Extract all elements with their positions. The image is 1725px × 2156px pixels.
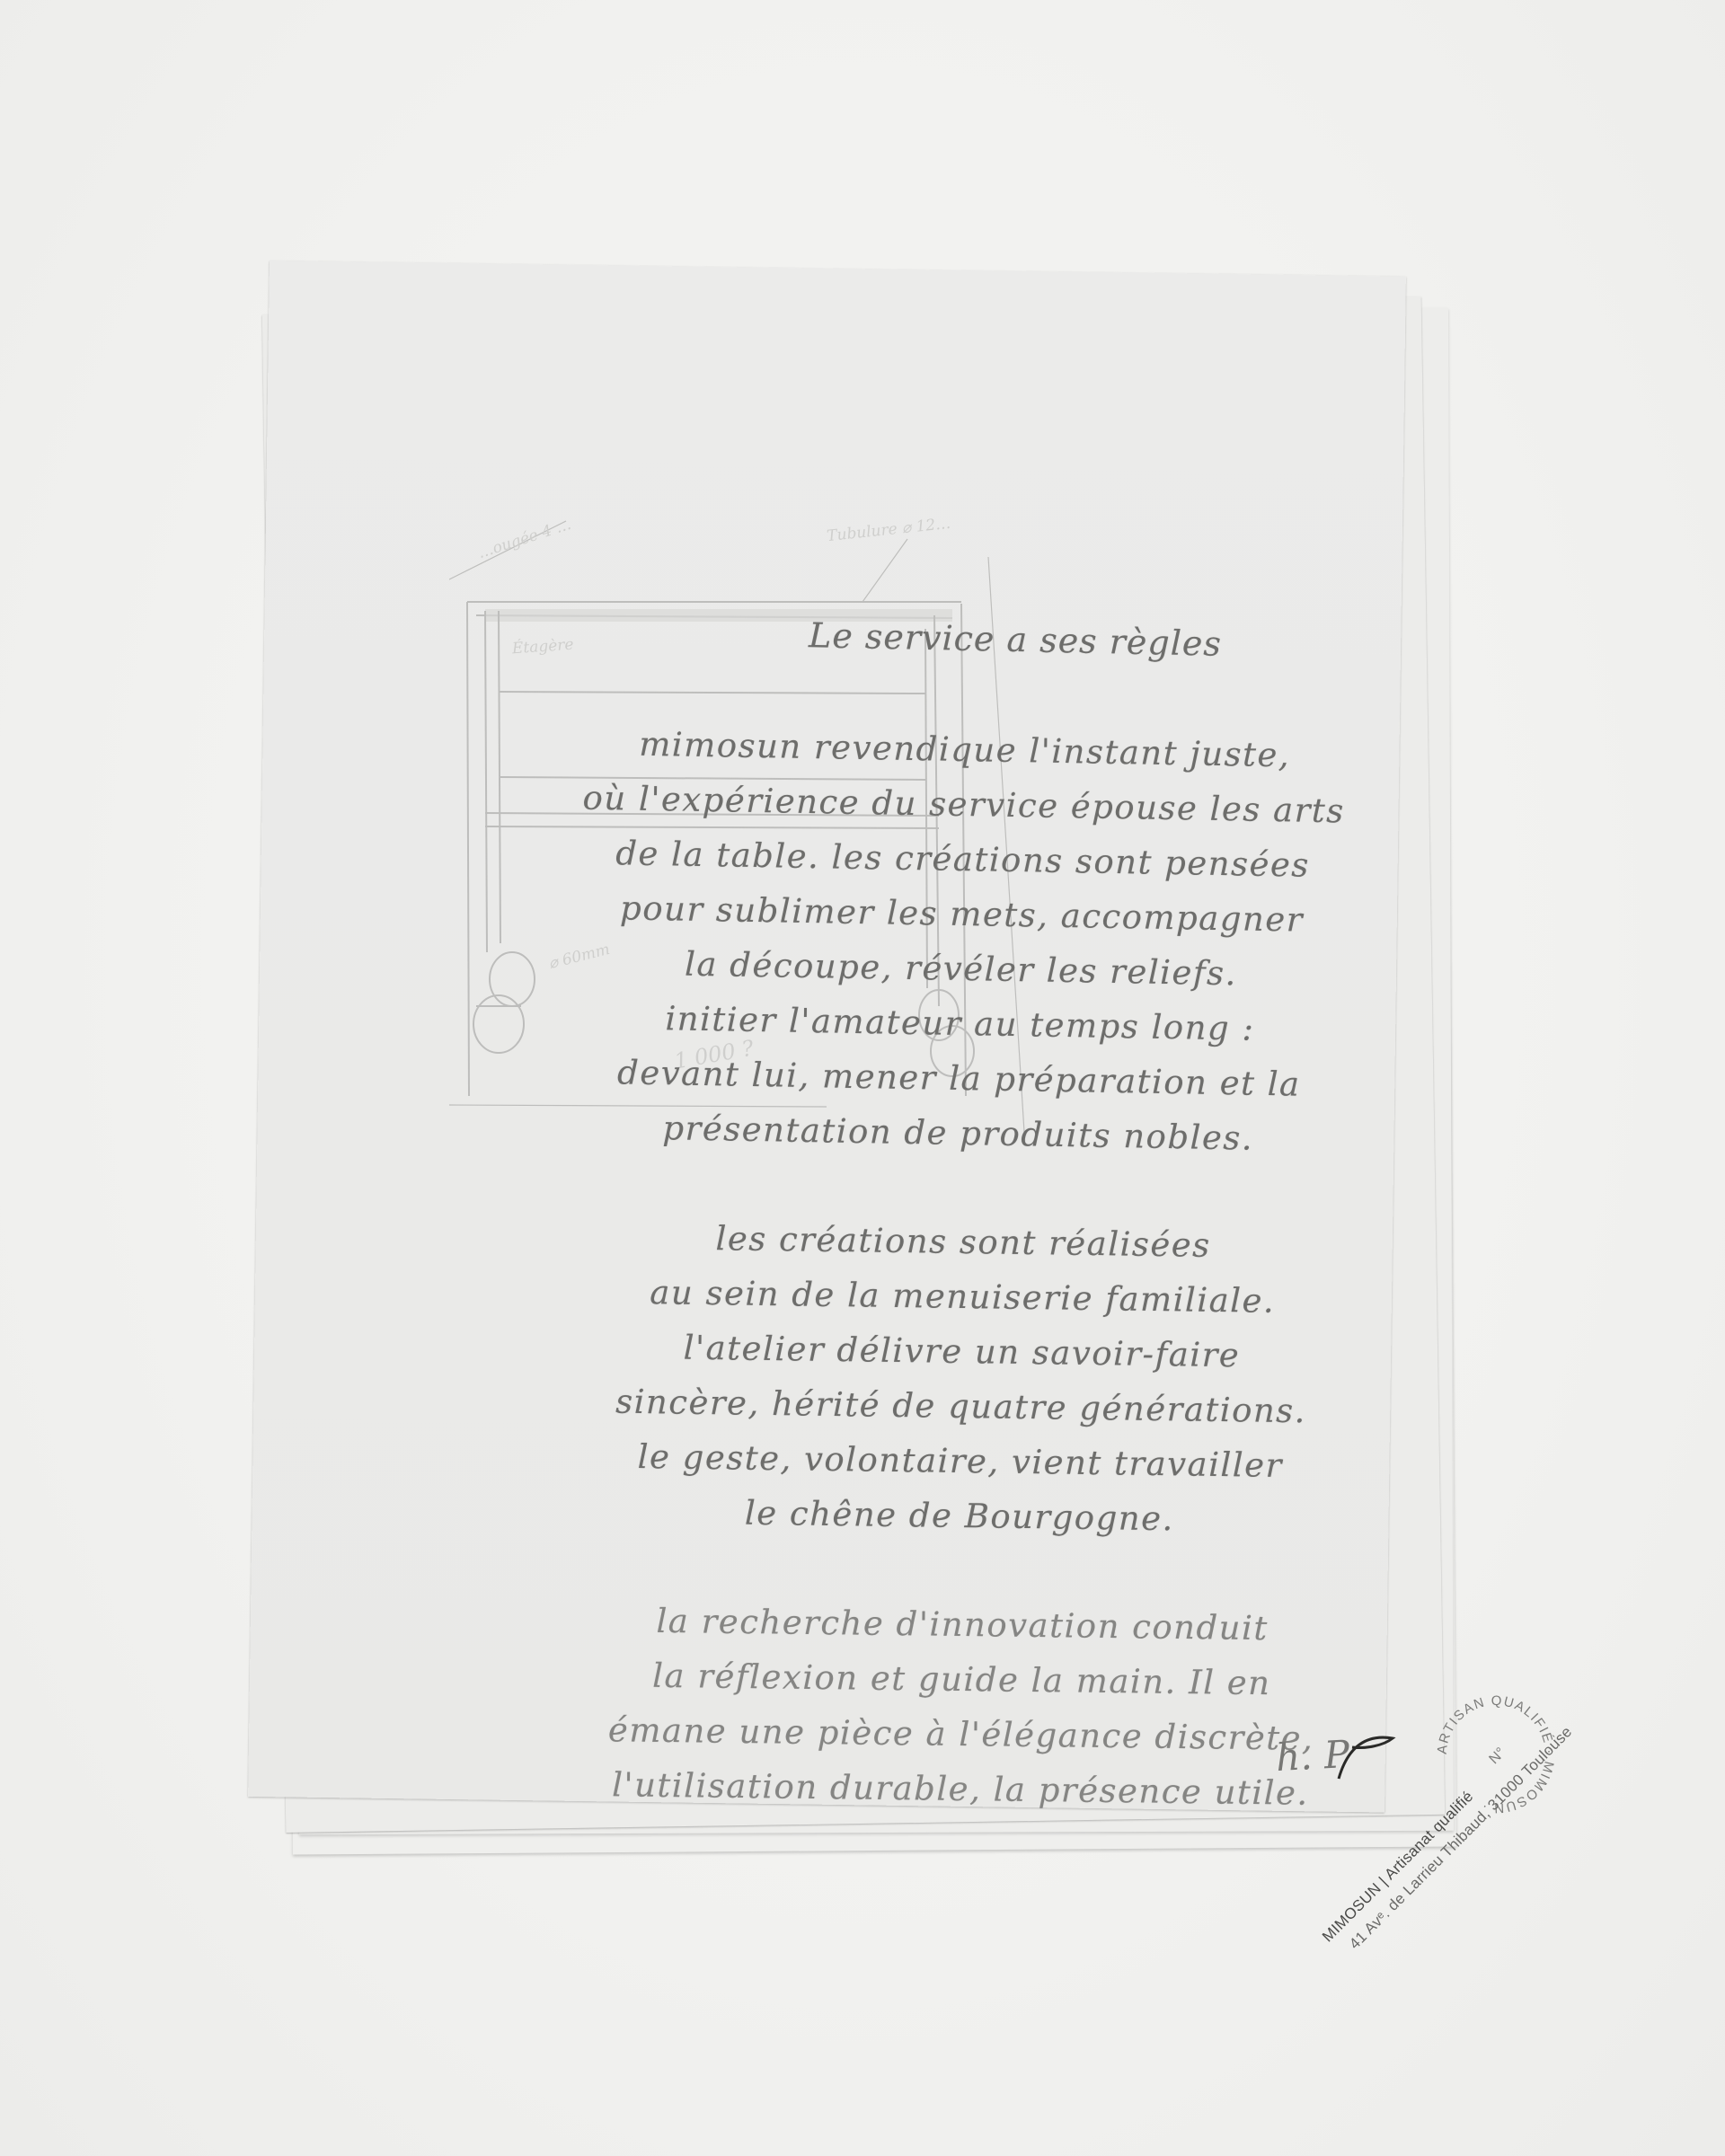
handwritten-letter: Le service a ses règles mimosun revendiq… xyxy=(557,620,1366,1870)
letter-line: la recherche d'innovation conduit xyxy=(558,1593,1367,1657)
letter-title: Le service a ses règles xyxy=(665,613,1367,667)
letter-line: la réflexion et guide la main. Il en xyxy=(557,1648,1367,1712)
signature-flourish-icon xyxy=(1330,1729,1402,1783)
letter-paragraph-1: mimosun revendique l'instant juste, où l… xyxy=(553,715,1369,1168)
letter-line: le geste, volontaire, vient travailler xyxy=(555,1428,1365,1495)
letter-line: le chêne de Bourgogne. xyxy=(554,1483,1364,1550)
letter-line: l'utilisation durable, la présence utile… xyxy=(556,1756,1366,1821)
letter-paragraph-3: la recherche d'innovation conduit la réf… xyxy=(556,1593,1367,1822)
letter-line: au sein de la menuiserie familiale. xyxy=(558,1264,1367,1330)
letter-line: émane une pièce à l'élégance discrète, xyxy=(556,1702,1366,1767)
letter-paragraph-2: les créations sont réalisées au sein de … xyxy=(554,1209,1367,1550)
